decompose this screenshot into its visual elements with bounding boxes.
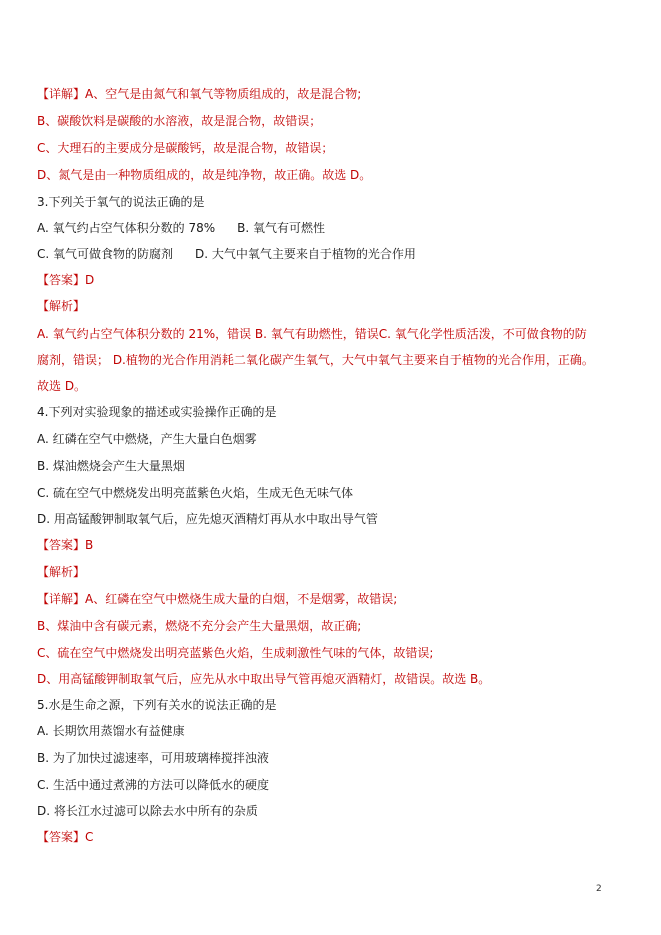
q5-answer: 【答案】C — [37, 829, 93, 845]
q4-detail-line-1: 【详解】A、红磷在空气中燃烧生成大量的白烟，不是烟雾，故错误; — [37, 591, 397, 607]
q3-answer: 【答案】D — [37, 272, 94, 288]
q4-answer: 【答案】B — [37, 537, 93, 553]
q3-option-d: D. 大气中氧气主要来自于植物的光合作用 — [195, 247, 416, 261]
detail-tag: 【详解】 — [37, 592, 85, 606]
q4-option-c: C. 硫在空气中燃烧发出明亮蓝紫色火焰，生成无色无味气体 — [37, 485, 353, 501]
answer-value: B — [85, 538, 93, 552]
page-number: 2 — [596, 884, 602, 894]
q4-stem: 4.下列对实验现象的描述或实验操作正确的是 — [37, 404, 276, 420]
q4-option-b: B. 煤油燃烧会产生大量黑烟 — [37, 458, 185, 474]
q2-detail-line-1: 【详解】A、空气是由氮气和氧气等物质组成的，故是混合物; — [37, 86, 361, 102]
q4-analysis-tag: 【解析】 — [37, 564, 85, 580]
q3-options-row-2: C. 氧气可做食物的防腐剂D. 大气中氧气主要来自于植物的光合作用 — [37, 246, 416, 262]
q5-option-c: C. 生活中通过煮沸的方法可以降低水的硬度 — [37, 777, 269, 793]
q5-option-b: B. 为了加快过滤速率，可用玻璃棒搅拌浊液 — [37, 750, 269, 766]
q3-analysis-line-1: A. 氧气约占空气体积分数的 21%，错误 B. 氧气有助燃性，错误C. 氧气化… — [37, 326, 587, 342]
answer-tag: 【答案】 — [37, 830, 85, 844]
q3-option-c: C. 氧气可做食物的防腐剂 — [37, 247, 173, 261]
q3-analysis-line-3: 故选 D。 — [37, 378, 86, 394]
answer-tag: 【答案】 — [37, 538, 85, 552]
q4-option-a: A. 红磷在空气中燃烧，产生大量白色烟雾 — [37, 431, 257, 447]
detail-tag: 【详解】 — [37, 87, 85, 101]
q2-detail-line-c: C、大理石的主要成分是碳酸钙，故是混合物，故错误； — [37, 140, 333, 156]
q3-option-a: A. 氧气约占空气体积分数的 78% — [37, 221, 215, 235]
q3-stem: 3.下列关于氧气的说法正确的是 — [37, 194, 204, 210]
q5-option-d: D. 将长江水过滤可以除去水中所有的杂质 — [37, 803, 258, 819]
q3-options-row-1: A. 氧气约占空气体积分数的 78%B. 氧气有可燃性 — [37, 220, 325, 236]
q4-detail-text-a: A、红磷在空气中燃烧生成大量的白烟，不是烟雾，故错误; — [85, 592, 397, 606]
q4-detail-line-d: D、用高锰酸钾制取氧气后，应先从水中取出导气管再熄灭酒精灯，故错误。故选 B。 — [37, 671, 490, 687]
answer-tag: 【答案】 — [37, 273, 85, 287]
answer-value: D — [85, 273, 94, 287]
q3-option-b: B. 氧气有可燃性 — [237, 221, 325, 235]
q2-detail-line-d: D、氮气是由一种物质组成的，故是纯净物，故正确。故选 D。 — [37, 167, 371, 183]
answer-value: C — [85, 830, 93, 844]
q4-detail-line-b: B、煤油中含有碳元素，燃烧不充分会产生大量黑烟，故正确; — [37, 618, 361, 634]
q3-analysis-line-2: 腐剂，错误； D.植物的光合作用消耗二氧化碳产生氧气，大气中氧气主要来自于植物的… — [37, 352, 594, 368]
q5-option-a: A. 长期饮用蒸馏水有益健康 — [37, 723, 185, 739]
q2-detail-line-b: B、碳酸饮料是碳酸的水溶液，故是混合物，故错误； — [37, 113, 321, 129]
q4-detail-line-c: C、硫在空气中燃烧发出明亮蓝紫色火焰，生成刺激性气味的气体，故错误; — [37, 645, 433, 661]
q2-detail-text-a: A、空气是由氮气和氧气等物质组成的，故是混合物; — [85, 87, 361, 101]
q4-option-d: D. 用高锰酸钾制取氧气后，应先熄灭酒精灯再从水中取出导气管 — [37, 511, 378, 527]
q5-stem: 5.水是生命之源，下列有关水的说法正确的是 — [37, 697, 276, 713]
q3-analysis-tag: 【解析】 — [37, 298, 85, 314]
